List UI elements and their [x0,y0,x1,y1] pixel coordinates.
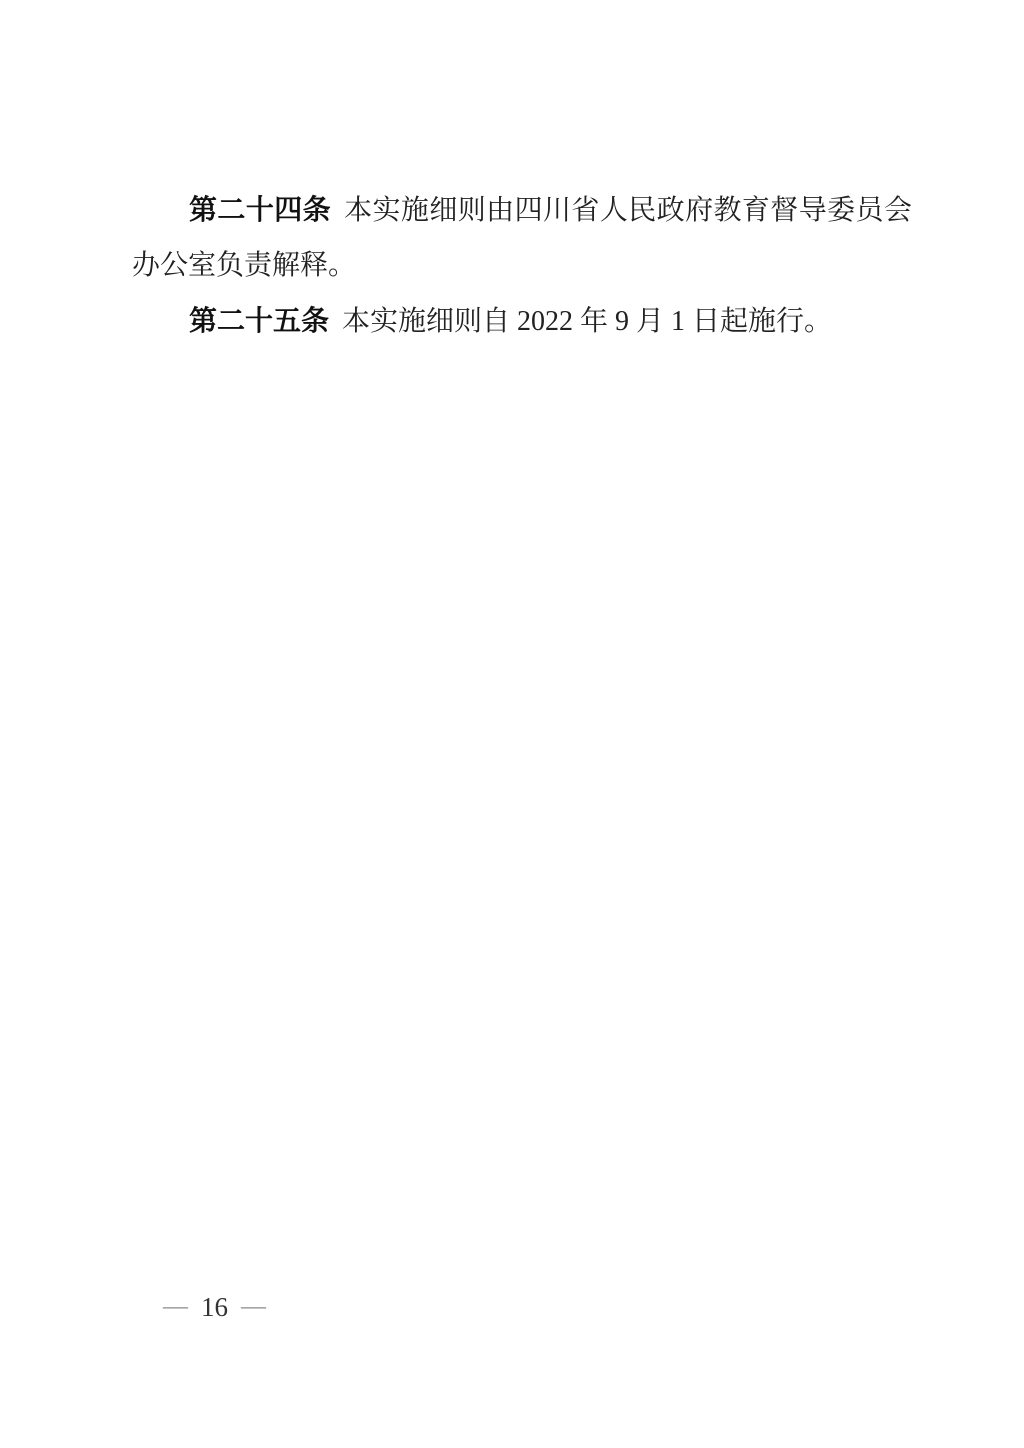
document-content: 第二十四条本实施细则由四川省人民政府教育督导委员会办公室负责解释。 第二十五条本… [132,182,912,349]
article-24-paragraph: 第二十四条本实施细则由四川省人民政府教育督导委员会办公室负责解释。 [132,182,912,293]
document-page: 第二十四条本实施细则由四川省人民政府教育督导委员会办公室负责解释。 第二十五条本… [0,0,1024,1448]
page-number: 16 [201,1290,228,1324]
page-footer: — 16 — [163,1290,266,1324]
footer-right-dash: — [241,1290,266,1324]
article-24-term: 第二十四条 [189,194,331,225]
article-25-paragraph: 第二十五条本实施细则自 2022 年 9 月 1 日起施行。 [132,293,912,349]
footer-left-dash: — [163,1290,188,1324]
article-25-text: 本实施细则自 2022 年 9 月 1 日起施行。 [342,306,832,337]
article-25-term: 第二十五条 [189,305,329,336]
